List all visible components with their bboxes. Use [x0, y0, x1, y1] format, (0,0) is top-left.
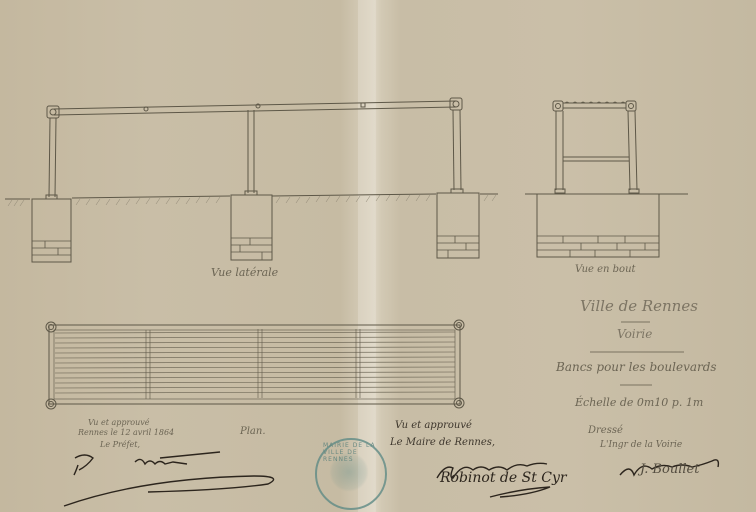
end-view-label: Vue en bout	[575, 264, 636, 275]
mayor-approval-line1: Vu et approuvé	[395, 420, 472, 431]
prefect-approval-line1: Vu et approuvé	[88, 418, 150, 427]
prefect-title: Le Préfet,	[100, 440, 140, 449]
end-view-drawing	[525, 101, 688, 257]
engineer-title: L'Ingr de la Voirie	[600, 440, 682, 450]
plan-label: Plan.	[240, 426, 266, 437]
stamp-text: MAIRIE DE LA VILLE DE RENNES	[323, 442, 385, 463]
title-department: Voirie	[617, 327, 652, 341]
mayor-signature: Robinot de St Cyr	[440, 470, 567, 486]
side-view-label: Vue latérale	[211, 266, 278, 279]
plan-drawing	[46, 320, 464, 409]
title-scale: Échelle de 0m10 p. 1m	[575, 396, 703, 409]
mayor-title: Le Maire de Rennes,	[390, 437, 495, 448]
prefect-approval-date: Rennes le 12 avril 1864	[78, 428, 174, 437]
title-city: Ville de Rennes	[580, 297, 698, 315]
side-view-drawing	[5, 98, 498, 262]
city-hall-stamp: MAIRIE DE LA VILLE DE RENNES	[315, 438, 387, 510]
engineer-signature: J. Boullet	[640, 462, 699, 477]
title-subject: Bancs pour les boulevards	[556, 360, 717, 374]
signature-strokes	[64, 452, 718, 506]
engineer-drawn-label: Dressé	[588, 425, 623, 436]
